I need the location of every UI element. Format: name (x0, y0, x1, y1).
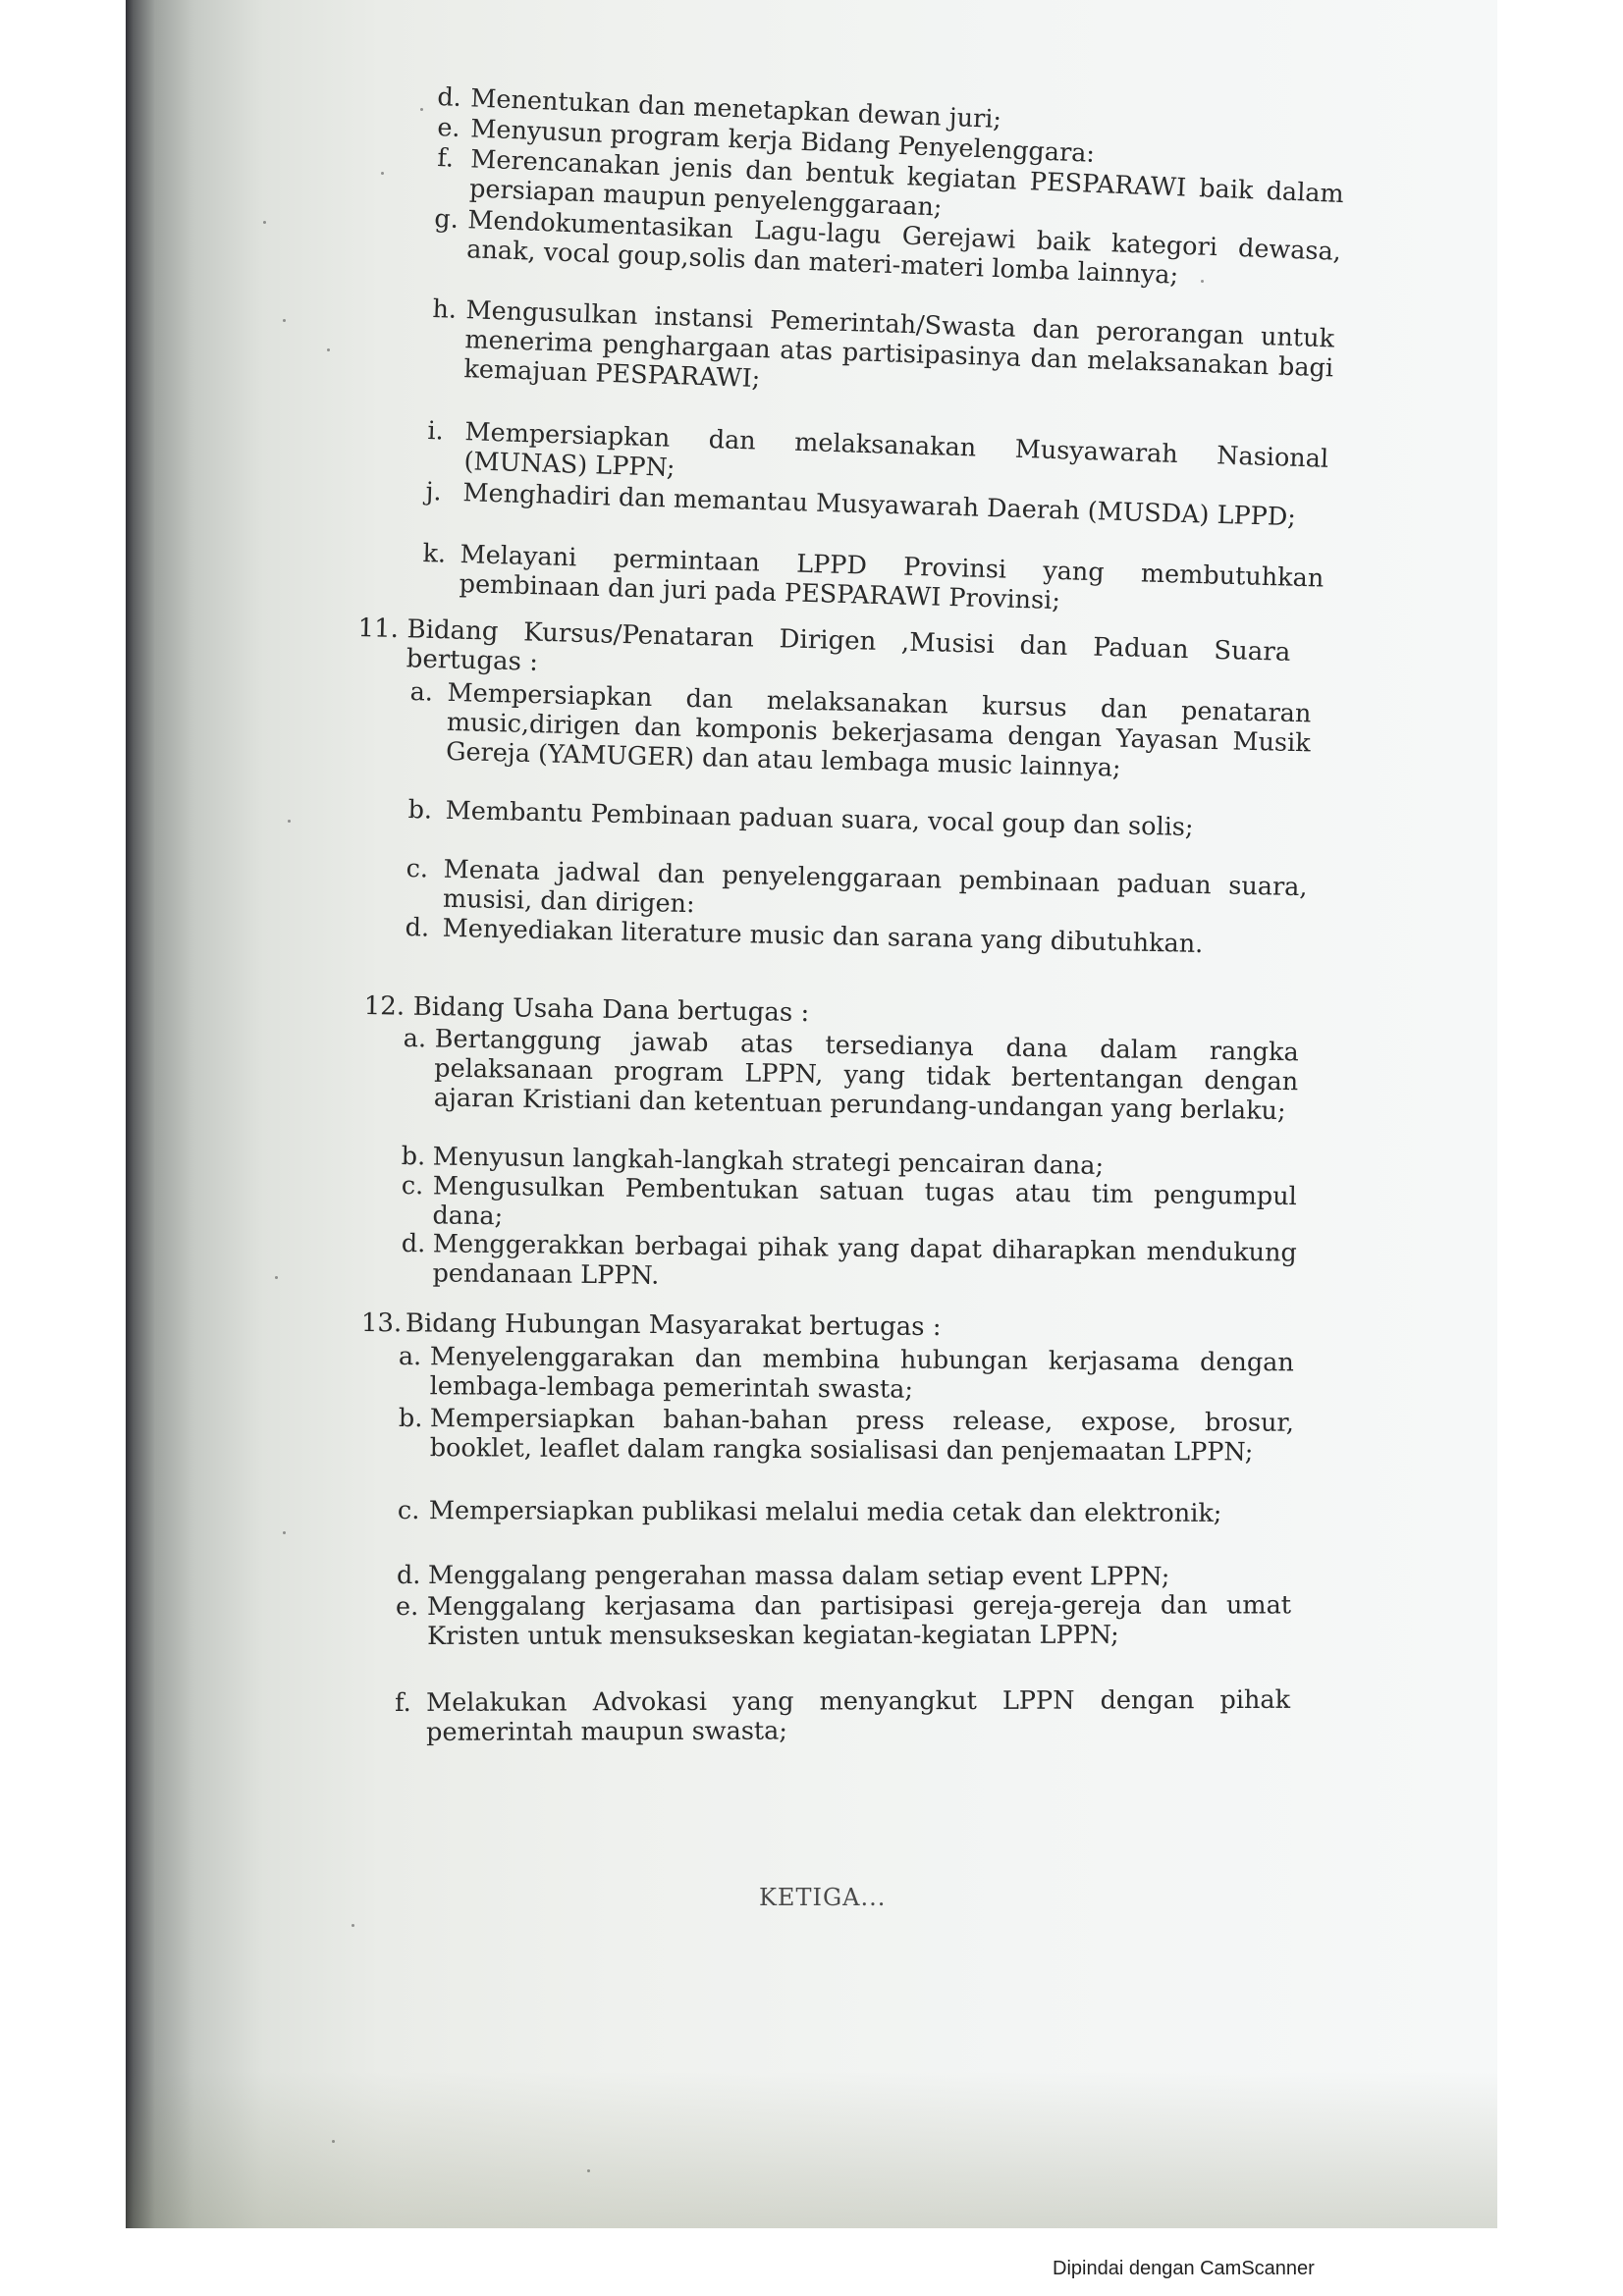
item-letter: e. (396, 1592, 418, 1622)
item-text: Mempersiapkan bahan-bahan press release,… (430, 1404, 1294, 1468)
scanned-page: d. Menentukan dan menetapkan dewan juri;… (126, 0, 1497, 2228)
item-letter: f. (437, 143, 455, 174)
section-heading: Bidang Usaha Dana bertugas : (413, 992, 810, 1028)
list-item: d. Menentukan dan menetapkan dewan juri; (438, 82, 1419, 122)
item-text: Mempersiapkan publikasi melalui media ce… (429, 1496, 1293, 1528)
section-number: 13. (361, 1308, 403, 1338)
item-letter: i. (427, 416, 444, 446)
section-number: 11. (357, 614, 399, 644)
item-letter: d. (437, 82, 462, 113)
item-letter: c. (406, 854, 428, 883)
item-text: Mengusulkan instansi Pemerintah/Swasta d… (463, 295, 1334, 412)
item-letter: k. (422, 539, 446, 569)
section-number: 12. (364, 991, 406, 1022)
item-letter: h. (432, 294, 458, 325)
section-heading: Bidang Hubungan Masyarakat bertugas : (406, 1308, 942, 1342)
list-item: b. Menyusun langkah-langkah strategi pen… (402, 1142, 1383, 1155)
item-text: Menggerakkan berbagai pihak yang dapat d… (432, 1229, 1297, 1297)
item-letter: a. (399, 1342, 422, 1371)
item-letter: c. (398, 1496, 419, 1525)
list-item: h. Mengusulkan instansi Pemerintah/Swast… (433, 294, 1414, 327)
section-12: 12. Bidang Usaha Dana bertugas : (364, 991, 1444, 1008)
item-letter: b. (407, 795, 432, 826)
list-item: f. Melakukan Advokasi yang menyangkut LP… (395, 1685, 1377, 1688)
item-text: Menggalang kerjasama dan partisipasi ger… (427, 1590, 1291, 1651)
item-letter: a. (404, 1024, 427, 1053)
item-letter: b. (399, 1404, 423, 1433)
item-letter: b. (402, 1142, 426, 1171)
section-13: 13. Bidang Hubungan Masyarakat bertugas … (361, 1308, 1441, 1316)
item-text: Menggalang pengerahan massa dalam setiap… (428, 1561, 1292, 1592)
item-text: Membantu Pembinaan paduan suara, vocal g… (445, 796, 1309, 845)
item-text: Melakukan Advokasi yang menyangkut LPPN … (426, 1685, 1290, 1747)
list-item: i. Mempersiapkan dan melaksanakan Musyaw… (428, 416, 1410, 447)
continuation-marker: KETIGA... (759, 1883, 886, 1912)
list-item: k. Melayani permintaan LPPD Provinsi yan… (423, 539, 1405, 566)
item-letter: d. (397, 1561, 420, 1590)
item-text: Menyelenggarakan dan membina hubungan ke… (430, 1342, 1294, 1407)
item-letter: d. (405, 913, 429, 943)
item-letter: f. (395, 1688, 411, 1718)
item-text: Bertanggung jawab atas tersedianya dana … (434, 1025, 1299, 1127)
scanner-watermark: Dipindai dengan CamScanner (1053, 2258, 1315, 2280)
list-item: e. Menggalang kerjasama dan partisipasi … (396, 1590, 1378, 1592)
document-body: d. Menentukan dan menetapkan dewan juri;… (126, 0, 1497, 2228)
item-letter: c. (402, 1171, 424, 1201)
list-item: d. Menggalang pengerahan massa dalam set… (397, 1561, 1379, 1563)
item-letter: d. (402, 1229, 426, 1258)
list-item: b. Membantu Pembinaan paduan suara, voca… (408, 795, 1390, 818)
list-item: c. Menata jadwal dan penyelenggaraan pem… (406, 854, 1388, 875)
item-letter: j. (425, 477, 442, 507)
list-item: a. Bertanggung jawab atas tersedianya da… (404, 1024, 1385, 1040)
item-letter: e. (437, 113, 460, 143)
item-letter: g. (434, 204, 460, 235)
list-item: a. Menyelenggarakan dan membina hubungan… (399, 1342, 1380, 1349)
item-text: Melayani permintaan LPPD Provinsi yang m… (459, 540, 1324, 623)
item-text: Mempersiapkan dan melaksanakan kursus da… (446, 678, 1312, 787)
list-item: c. Mempersiapkan publikasi melalui media… (398, 1496, 1380, 1499)
item-letter: a. (409, 677, 433, 708)
